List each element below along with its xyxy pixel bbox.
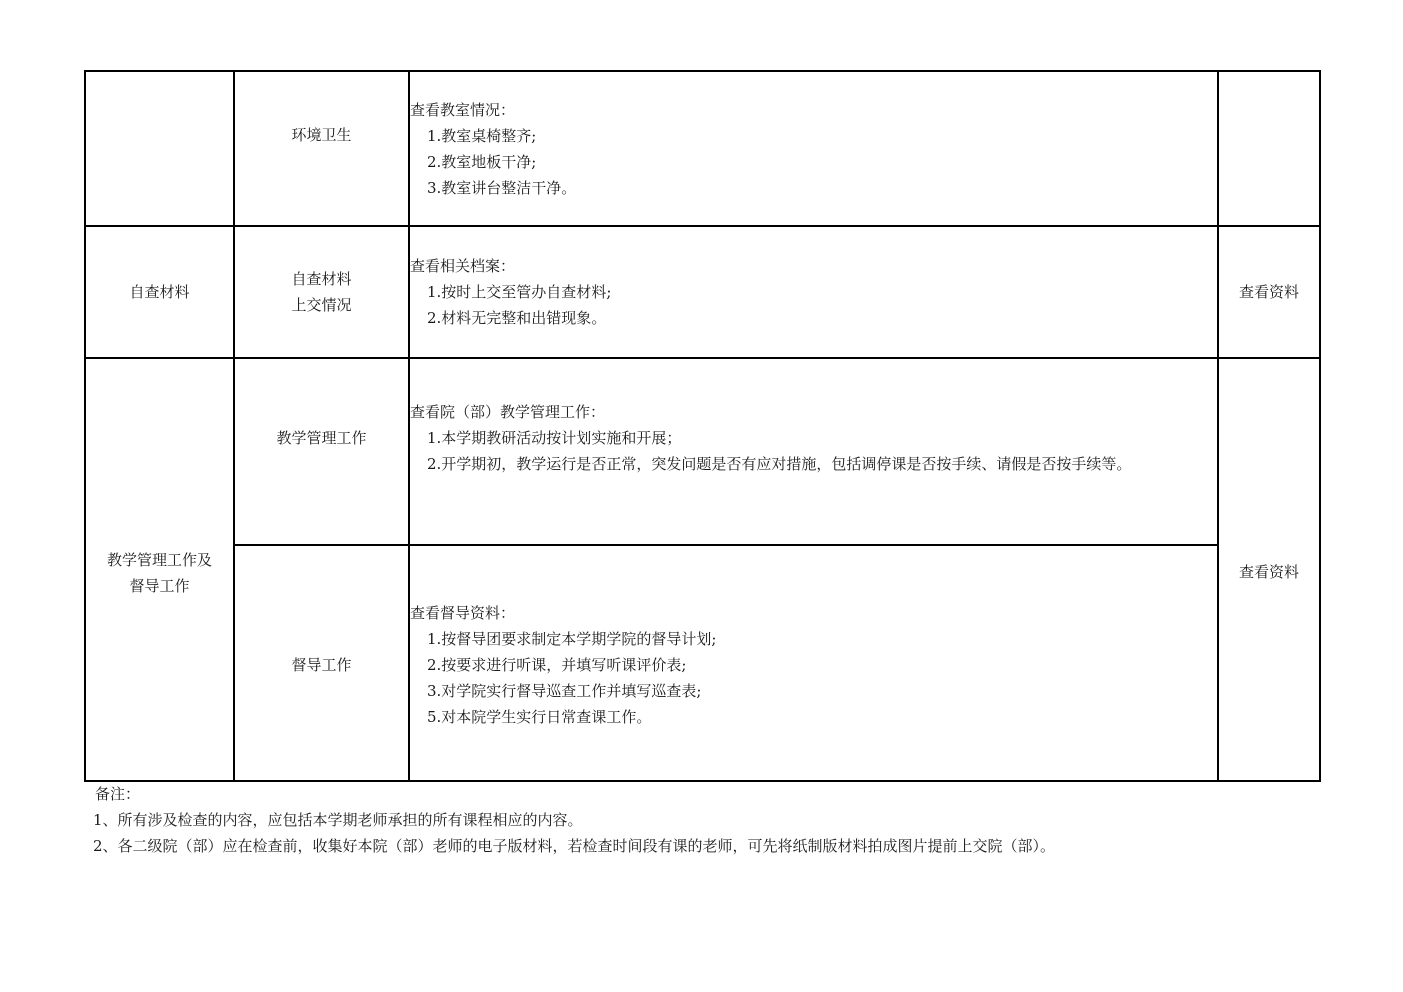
category-cell: 教学管理工作及 督导工作 (85, 358, 234, 781)
note-item: 1、所有涉及检查的内容，应包括本学期老师承担的所有课程相应的内容。 (93, 807, 1055, 833)
content-cell: 查看教室情况： 1.教室桌椅整齐; 2.教室地板干净; 3.教室讲台整洁干净。 (409, 71, 1218, 226)
table-row: 教学管理工作及 督导工作 教学管理工作 查看院（部）教学管理工作： 1.本学期教… (85, 358, 1320, 545)
table-row: 督导工作 查看督导资料： 1.按督导团要求制定本学期学院的督导计划; 2.按要求… (85, 545, 1320, 781)
category-label: 自查材料 (86, 279, 233, 305)
content-item: 1.按时上交至管办自查材料; (410, 279, 1217, 305)
method-label: 查看资料 (1239, 563, 1299, 581)
content-item: 2.材料无完整和出错现象。 (410, 305, 1217, 331)
item-cell: 自查材料 上交情况 (234, 226, 409, 358)
category-cell (85, 71, 234, 226)
method-cell (1218, 71, 1320, 226)
content-title: 查看院（部）教学管理工作： (410, 399, 1217, 425)
content-item: 3.教室讲台整洁干净。 (410, 175, 1217, 201)
content-item: 5.对本院学生实行日常查课工作。 (410, 704, 1217, 730)
inspection-table: 环境卫生 查看教室情况： 1.教室桌椅整齐; 2.教室地板干净; 3.教室讲台整… (84, 70, 1321, 782)
item-label: 教学管理工作 (235, 425, 408, 451)
content-cell: 查看督导资料： 1.按督导团要求制定本学期学院的督导计划; 2.按要求进行听课，… (409, 545, 1218, 781)
category-cell: 自查材料 (85, 226, 234, 358)
item-label: 督导工作 (235, 652, 408, 678)
content-item: 2.教室地板干净; (410, 149, 1217, 175)
category-label: 督导工作 (86, 573, 233, 599)
item-label: 自查材料 (235, 266, 408, 292)
item-cell: 督导工作 (234, 545, 409, 781)
method-cell: 查看资料 (1218, 226, 1320, 358)
table-row: 自查材料 自查材料 上交情况 查看相关档案： 1.按时上交至管办自查材料; 2.… (85, 226, 1320, 358)
content-item: 1.本学期教研活动按计划实施和开展； (410, 425, 1217, 451)
note-item: 2、各二级院（部）应在检查前，收集好本院（部）老师的电子版材料，若检查时间段有课… (93, 833, 1055, 859)
item-cell: 教学管理工作 (234, 358, 409, 545)
content-title: 查看教室情况： (410, 97, 1217, 123)
content-item: 1.按督导团要求制定本学期学院的督导计划; (410, 626, 1217, 652)
content-item: 2.开学期初，教学运行是否正常，突发问题是否有应对措施，包括调停课是否按手续、请… (410, 451, 1217, 477)
table-row: 环境卫生 查看教室情况： 1.教室桌椅整齐; 2.教室地板干净; 3.教室讲台整… (85, 71, 1320, 226)
item-label: 上交情况 (235, 292, 408, 318)
content-title: 查看相关档案： (410, 253, 1217, 279)
content-item: 2.按要求进行听课，并填写听课评价表; (410, 652, 1217, 678)
document-page: 环境卫生 查看教室情况： 1.教室桌椅整齐; 2.教室地板干净; 3.教室讲台整… (0, 0, 1403, 992)
notes-title: 备注： (95, 781, 1055, 807)
content-cell: 查看院（部）教学管理工作： 1.本学期教研活动按计划实施和开展； 2.开学期初，… (409, 358, 1218, 545)
content-cell: 查看相关档案： 1.按时上交至管办自查材料; 2.材料无完整和出错现象。 (409, 226, 1218, 358)
content-item: 3.对学院实行督导巡查工作并填写巡查表; (410, 678, 1217, 704)
item-label: 环境卫生 (235, 122, 408, 148)
method-label: 查看资料 (1239, 283, 1299, 301)
method-cell: 查看资料 (1218, 358, 1320, 781)
item-cell: 环境卫生 (234, 71, 409, 226)
category-label: 教学管理工作及 (86, 547, 233, 573)
content-item-text: 2.开学期初，教学运行是否正常，突发问题是否有应对措施，包括调停课是否按手续、请… (427, 455, 1131, 473)
content-title: 查看督导资料： (410, 600, 1217, 626)
notes-section: 备注： 1、所有涉及检查的内容，应包括本学期老师承担的所有课程相应的内容。 2、… (95, 781, 1055, 859)
content-item: 1.教室桌椅整齐; (410, 123, 1217, 149)
